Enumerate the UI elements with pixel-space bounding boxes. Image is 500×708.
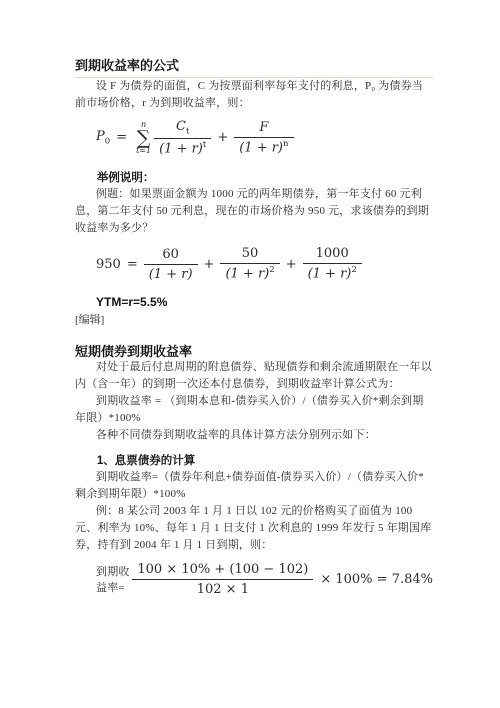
plus-sign: + [286,257,297,272]
fraction-denominator: 102 × 1 [132,579,313,597]
fraction-numerator: 100 × 10% + (100 − 102) [132,562,313,579]
math-lhs: P0 [96,129,110,146]
denominator-base: (1 + r) [308,267,352,282]
fraction-numerator: 60 [144,247,198,264]
section-heading-formula: 到期收益率的公式 [75,58,433,78]
denominator-base: (1 + r) [225,267,269,282]
fraction-principal: 1000 (1 + r)2 [303,246,362,281]
exponent-2: 2 [351,265,356,275]
fraction-year1: 60 (1 + r) [144,247,198,282]
exponent-t: t [203,140,206,150]
summation-operator: n ∑ t=1 [136,121,151,155]
paragraph-intro: 设 F 为债券的面值，C 为按票面利率每年支付的利息，P₀ 为债券当前市场价格，… [75,78,433,112]
fraction-coupon-term: Ct (1 + r)t [154,119,211,156]
subscript-t: t [186,127,189,137]
fraction-denominator: (1 + r)2 [303,263,362,281]
paragraph-scope: 对处于最后付息周期的附息债券、贴现债券和剩余流通期限在一年以内（含一年）的到期一… [75,359,433,393]
exponent-2: 2 [269,265,274,275]
edit-link[interactable]: [编辑] [75,313,433,328]
formula-result: × 100% = 7.84% [320,572,433,587]
var-P: P [96,129,105,144]
formula-coupon-result: 到期收益率= 100 × 10% + (100 − 102) 102 × 1 ×… [96,562,433,597]
equals-sign: = [116,130,127,145]
formula-label: 到期收益率= [96,563,130,595]
denominator-base: (1 + r) [159,141,203,156]
plus-sign: + [204,257,215,272]
paragraph-example: 例题：如果票面金额为 1000 元的两年期债券，第一年支付 60 元利息，第二年… [75,186,433,237]
fraction-numerator: 1000 [303,246,362,263]
fraction-year2: 50 (1 + r)2 [220,246,279,281]
section-heading-short-term: 短期债券到期收益率 [75,344,433,359]
subheading-coupon-calculation: 1、息票债券的计算 [75,454,433,469]
fraction-denominator: (1 + r)2 [220,263,279,281]
subheading-example: 举例说明： [75,171,433,186]
fraction-numerator: 50 [220,246,279,263]
document-page: 到期收益率的公式 设 F 为债券的面值，C 为按票面利率每年支付的利息，P₀ 为… [0,0,500,708]
fraction-denominator: (1 + r)t [154,138,211,156]
fraction-denominator: (1 + r) [144,264,198,282]
math-lhs: 950 [96,257,121,272]
formula-bond-price: P0 = n ∑ t=1 Ct (1 + r)t + F (1 + r)n [96,119,433,156]
sigma-icon: ∑ [137,129,151,147]
var-F: F [259,120,268,135]
fraction-numerator: Ct [154,119,211,138]
fraction-denominator: (1 + r)n [234,137,293,155]
exponent-n: n [283,139,288,149]
var-C: C [176,119,186,134]
denominator-base: (1 + r) [239,140,283,155]
plus-sign: + [217,130,228,145]
subscript-0: 0 [105,137,110,147]
paragraph-coupon-formula: 到期收益率=（债券年利息+债券面值-债券买入价）/（债券买入价*剩余到期年限）*… [75,469,433,503]
equals-sign: = [127,257,138,272]
sum-lower-limit: t=1 [136,147,151,155]
paragraph-short-term-formula: 到期收益率 = （到期本息和-债券买入价）/（债券买入价*剩余到期年限）*100… [75,393,433,427]
paragraph-example2: 例：8 某公司 2003 年 1 月 1 日以 102 元的价格购买了面值为 1… [75,503,433,554]
ytm-result: YTM=r=5.5% [96,295,433,310]
paragraph-list-intro: 各种不同债券到期收益率的具体计算方法分别列示如下： [75,427,433,444]
fraction-coupon-yield: 100 × 10% + (100 − 102) 102 × 1 [132,562,313,597]
denominator-base: (1 + r) [149,267,193,282]
fraction-numerator: F [234,120,293,137]
fraction-face-value-term: F (1 + r)n [234,120,293,155]
formula-example-950: 950 = 60 (1 + r) + 50 (1 + r)2 + 1000 (1… [96,246,433,281]
